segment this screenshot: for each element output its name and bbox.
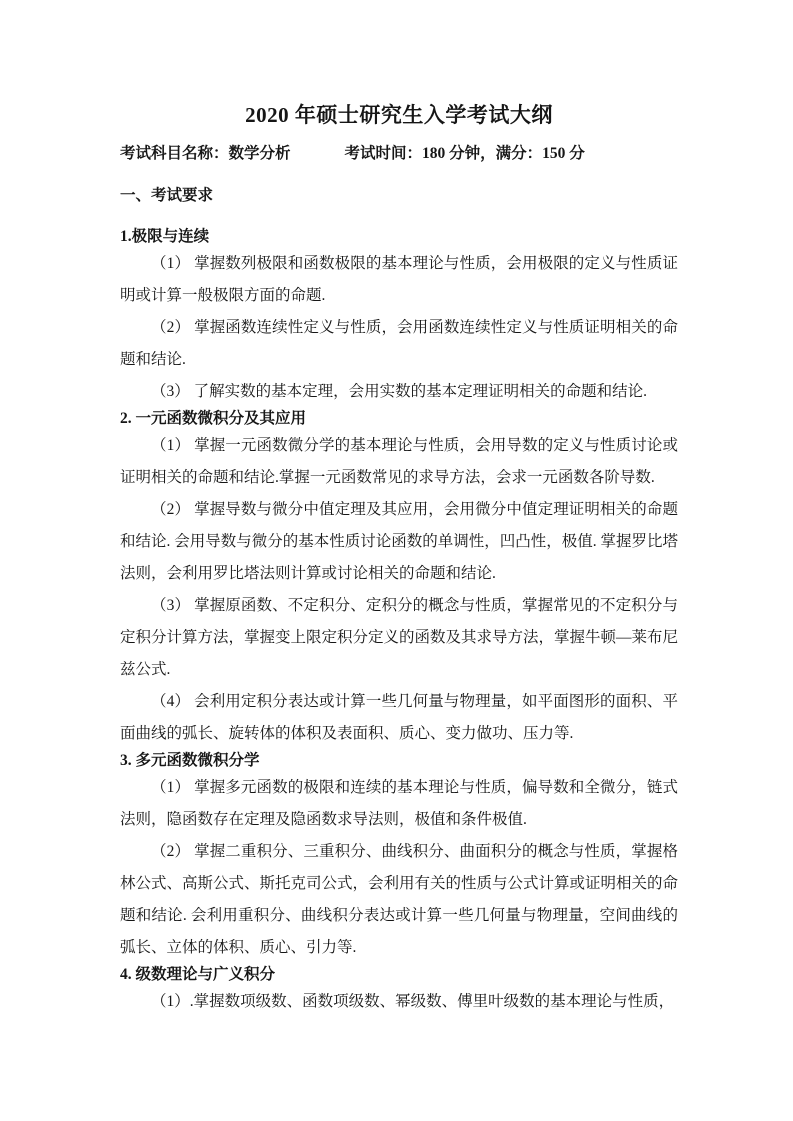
exam-meta-row: 考试科目名称：数学分析 考试时间：180 分钟，满分：150 分 [120,142,678,166]
section-heading-multivariable-calculus: 3. 多元函数微积分学 [120,750,678,772]
syllabus-paragraph: （3） 了解实数的基本定理，会用实数的基本定理证明相关的命题和结论. [120,376,678,408]
syllabus-paragraph: （2） 掌握二重积分、三重积分、曲线积分、曲面积分的概念与性质，掌握格林公式、高… [120,836,678,964]
section-limits-and-continuity: 1.极限与连续 （1） 掌握数列极限和函数极限的基本理论与性质，会用极限的定义与… [120,226,678,408]
syllabus-paragraph: （2） 掌握导数与微分中值定理及其应用，会用微分中值定理证明相关的命题和结论. … [120,494,678,590]
part-one-heading: 一、考试要求 [120,184,678,208]
document-page: 2020 年硕士研究生入学考试大纲 考试科目名称：数学分析 考试时间：180 分… [0,0,793,1121]
syllabus-paragraph: （1）.掌握数项级数、函数项级数、幂级数、傅里叶级数的基本理论与性质， [120,986,678,1018]
syllabus-paragraph: （1） 掌握数列极限和函数极限的基本理论与性质，会用极限的定义与性质证明或计算一… [120,248,678,312]
syllabus-paragraph: （1） 掌握一元函数微分学的基本理论与性质，会用导数的定义与性质讨论或证明相关的… [120,430,678,494]
section-heading-single-variable-calculus: 2. 一元函数微积分及其应用 [120,408,678,430]
syllabus-paragraph: （3） 掌握原函数、不定积分、定积分的概念与性质，掌握常见的不定积分与定积分计算… [120,590,678,686]
document-title: 2020 年硕士研究生入学考试大纲 [120,100,678,130]
section-single-variable-calculus: 2. 一元函数微积分及其应用 （1） 掌握一元函数微分学的基本理论与性质，会用导… [120,408,678,750]
syllabus-paragraph: （2） 掌握函数连续性定义与性质，会用函数连续性定义与性质证明相关的命题和结论. [120,312,678,376]
syllabus-paragraph: （1） 掌握多元函数的极限和连续的基本理论与性质，偏导数和全微分，链式法则，隐函… [120,772,678,836]
exam-subject-label: 考试科目名称：数学分析 [120,142,291,166]
section-heading-limits-and-continuity: 1.极限与连续 [120,226,678,248]
section-series-and-improper-integrals: 4. 级数理论与广义积分 （1）.掌握数项级数、函数项级数、幂级数、傅里叶级数的… [120,964,678,1018]
section-multivariable-calculus: 3. 多元函数微积分学 （1） 掌握多元函数的极限和连续的基本理论与性质，偏导数… [120,750,678,964]
exam-time-score-label: 考试时间：180 分钟，满分：150 分 [345,142,585,166]
section-heading-series-and-improper-integrals: 4. 级数理论与广义积分 [120,964,678,986]
syllabus-paragraph: （4） 会利用定积分表达或计算一些几何量与物理量，如平面图形的面积、平面曲线的弧… [120,686,678,750]
